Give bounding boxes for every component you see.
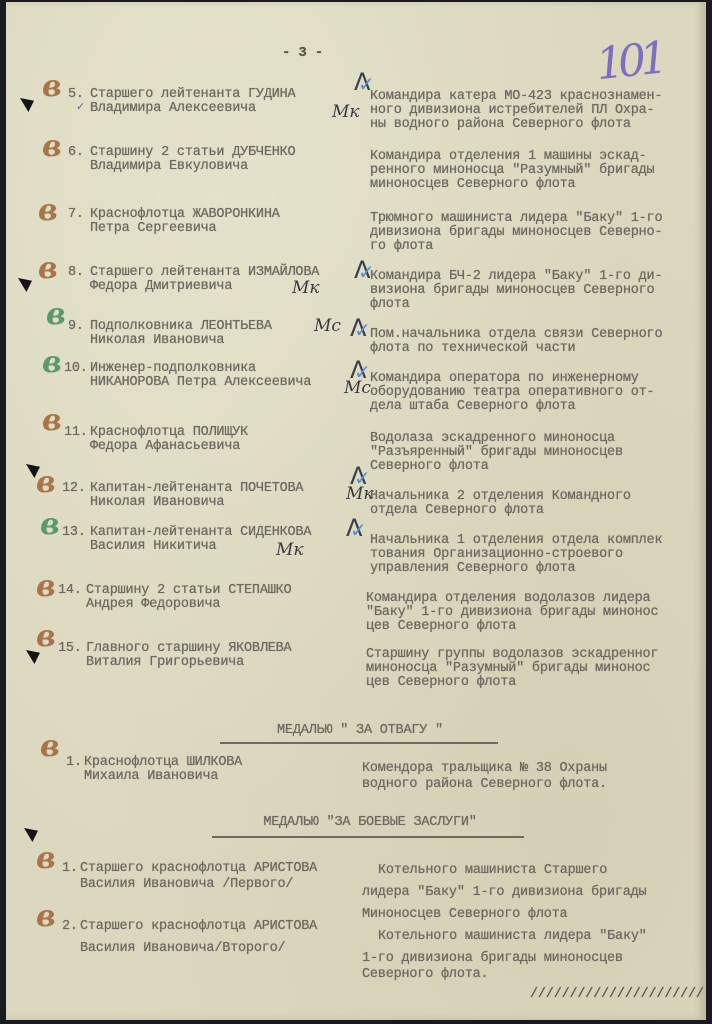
heading-underline: [220, 742, 498, 744]
entry-position-line: Старшину группы водолазов эскадренног: [366, 648, 658, 662]
section-heading: МЕДАЛЬЮ "ЗА БОЕВЫЕ ЗАСЛУГИ": [210, 816, 530, 830]
entry-position-line: Северного флота: [370, 460, 489, 474]
entry-position-line: 1-го дивизиона бригады миноносцев: [362, 952, 623, 966]
entry-number: 15.: [58, 642, 82, 656]
entry-position-line: "Разъяренный" бригады миноносцев: [370, 446, 623, 460]
approval-mark-icon: Λ✓: [354, 258, 370, 282]
approval-mark-icon: Λ✓: [346, 516, 362, 540]
entry-position-line: флота по технической части: [370, 342, 575, 356]
entry-number: 6.: [68, 146, 84, 160]
page-number: - 3 -: [282, 46, 323, 60]
entry-position-line: дела штаба Северного флота: [370, 400, 575, 414]
entry-position-line: го флота: [370, 240, 433, 254]
entry-rank-surname: Инженер-подполковника: [90, 362, 256, 376]
entry-given-name: Владимира Алексеевича: [90, 102, 256, 116]
approval-mark-icon: Λ✓: [350, 464, 366, 488]
entry-given-name: Михаила Ивановича: [84, 770, 218, 784]
margin-mark: в: [36, 572, 56, 602]
entry-number: 1.: [62, 862, 78, 876]
entry-rank-surname: Капитан-лейтенанта ПОЧЕТОВА: [90, 482, 303, 496]
entry-number: 13.: [62, 526, 86, 540]
reviewer-initials: Мк: [276, 540, 304, 560]
entry-rank-surname: Старшего лейтенанта ГУДИНА: [90, 88, 295, 102]
margin-mark: в: [46, 300, 66, 330]
entry-given-name: Василия Ивановича /Первого/: [80, 878, 293, 892]
entry-position-line: тования Организационно-строевого: [370, 548, 623, 562]
entry-given-name: НИКАНОРОВА Петра Алексеевича: [90, 376, 311, 390]
approval-mark-icon: Λ✓: [350, 316, 366, 340]
entry-rank-surname: Старшего краснофлотца АРИСТОВА: [80, 920, 317, 934]
punch-hole: [24, 828, 38, 842]
entry-position-line: Северного флота.: [362, 968, 488, 982]
entry-number: 10.: [64, 362, 88, 376]
entry-number: 9.: [68, 320, 84, 334]
entry-position-line: управления Северного флота: [370, 562, 575, 576]
section-heading: МЕДАЛЬЮ " ЗА ОТВАГУ ": [220, 724, 500, 738]
entry-position-line: миноносцев Северного флота: [370, 178, 575, 192]
margin-mark: в: [38, 196, 58, 226]
entry-number: 1.: [66, 756, 82, 770]
entry-given-name: Петра Сергеевича: [90, 222, 216, 236]
entry-rank-surname: Старшего краснофлотца АРИСТОВА: [80, 862, 317, 876]
entry-rank-surname: Краснофлотца ШИЛКОВА: [84, 756, 242, 770]
entry-rank-surname: Главного старшину ЯКОВЛЕВА: [86, 642, 291, 656]
entry-rank-surname: Старшего лейтенанта ИЗМАЙЛОВА: [90, 266, 319, 280]
entry-number: 7.: [68, 208, 84, 222]
entry-number: 8.: [68, 266, 84, 280]
margin-mark: в: [38, 254, 58, 284]
entry-rank-surname: Старшину 2 статьи СТЕПАШКО: [86, 584, 291, 598]
entry-number: 12.: [62, 482, 86, 496]
entry-position-line: Командира отделения 1 машины эскад-: [370, 150, 647, 164]
entry-position-line: Трюмного машиниста лидера "Баку" 1-го: [370, 212, 662, 226]
entry-position-line: дивизиона бригады миноносцев Северно-: [370, 226, 662, 240]
entry-position-line: Командира отделения водолазов лидера: [366, 592, 650, 606]
reviewer-initials: Мк: [332, 102, 360, 122]
entry-rank-surname: Краснофлотца ЖАВОРОНКИНА: [90, 208, 280, 222]
entry-given-name: Николая Ивановича: [90, 334, 224, 348]
margin-mark: в: [36, 468, 56, 498]
entry-position-line: Миноносцев Северного флота: [362, 908, 567, 922]
entry-position-line: ного дивизиона истребителей ПЛ Охра-: [370, 104, 654, 118]
margin-mark: в: [36, 844, 56, 874]
margin-mark: в: [42, 406, 62, 436]
entry-position-line: визиона бригады миноносцев Северного: [370, 284, 654, 298]
entry-given-name: Виталия Григорьевича: [86, 656, 244, 670]
entry-position-line: отдела Северного флота: [370, 504, 544, 518]
entry-position-line: Пом.начальника отдела связи Северного: [370, 328, 662, 342]
entry-position-line: "Баку" 1-го дивизиона бригады минонос: [366, 606, 658, 620]
entry-rank-surname: Капитан-лейтенанта СИДЕНКОВА: [90, 526, 311, 540]
punch-hole: [18, 278, 32, 292]
entry-position-line: Котельного машиниста лидера "Баку": [378, 930, 647, 944]
margin-mark: в: [36, 902, 56, 932]
margin-mark: в: [42, 132, 62, 162]
entry-position-line: оборудованию театра оперативного от-: [370, 386, 654, 400]
entry-position-line: Котельного машиниста Старшего: [378, 864, 607, 878]
margin-mark: в: [42, 348, 62, 378]
entry-number: 11.: [64, 426, 88, 440]
entry-position-line: цев Северного флота: [366, 676, 516, 690]
entry-position-line: Водолаза эскадренного миноносца: [370, 432, 615, 446]
entry-number: 5.: [68, 88, 84, 102]
reviewer-initials: Мс: [314, 316, 341, 336]
entry-given-name: Василия Никитича: [90, 540, 216, 554]
entry-position-line: ренного миноносца "Разумный" бригады: [370, 164, 654, 178]
entry-rank-surname: Краснофлотца ПОЛИЩУК: [90, 426, 248, 440]
entry-given-name: Федора Дмитриевича: [90, 280, 232, 294]
entry-given-name: Василия Ивановича/Второго/: [80, 942, 285, 956]
entry-position-line: флота: [370, 298, 410, 312]
approval-mark-icon: Λ✓: [350, 358, 366, 382]
approval-mark-icon: Λ✓: [354, 70, 370, 94]
entry-rank-surname: Подполковника ЛЕОНТЬЕВА: [90, 320, 272, 334]
margin-mark: в: [40, 510, 60, 540]
entry-position-line: цев Северного флота: [366, 620, 516, 634]
entry-position-line: лидера "Баку" 1-го дивизиона бригады: [362, 886, 646, 900]
entry-position-line: ны водного района Северного флота: [370, 118, 631, 132]
document-page: - 3 - 101 в ✓ 5. Старшего лейтенанта ГУД…: [6, 2, 706, 1020]
entry-given-name: Владимира Евкуловича: [90, 160, 248, 174]
entry-position-line: Командира катера МО-423 краснознамен-: [370, 90, 662, 104]
entry-position-line: Начальника 2 отделения Командного: [370, 490, 631, 504]
margin-mark: в: [36, 622, 56, 652]
entry-position-line: миноносца "Разумный" бригады минонос: [366, 662, 650, 676]
punch-hole: [20, 98, 34, 112]
margin-mark: в: [42, 72, 62, 102]
entry-rank-surname: Старшину 2 статьи ДУБЧЕНКО: [90, 146, 295, 160]
entry-given-name: Николая Ивановича: [90, 496, 224, 510]
entry-given-name: Андрея Федоровича: [86, 598, 220, 612]
entry-given-name: Федора Афанасьевича: [90, 440, 240, 454]
margin-mark: в: [40, 732, 60, 762]
entry-position-line: Командира БЧ-2 лидера "Баку" 1-го ди-: [370, 270, 662, 284]
entry-position-line: Комендора тральщика № 38 Охраны: [362, 762, 607, 776]
archive-number-handwritten: 101: [594, 33, 665, 91]
entry-position-line: Начальника 1 отделения отдела комплек: [370, 534, 662, 548]
entry-position-line: Командира оператора по инженерному: [370, 372, 639, 386]
entry-position-line: водного района Северного флота.: [362, 778, 607, 792]
heading-underline: [212, 836, 524, 838]
reviewer-initials: Мк: [292, 278, 320, 298]
entry-number: 2.: [62, 920, 78, 934]
entry-number: 14.: [58, 584, 82, 598]
end-of-list-slashes: //////////////////////: [530, 988, 704, 1002]
